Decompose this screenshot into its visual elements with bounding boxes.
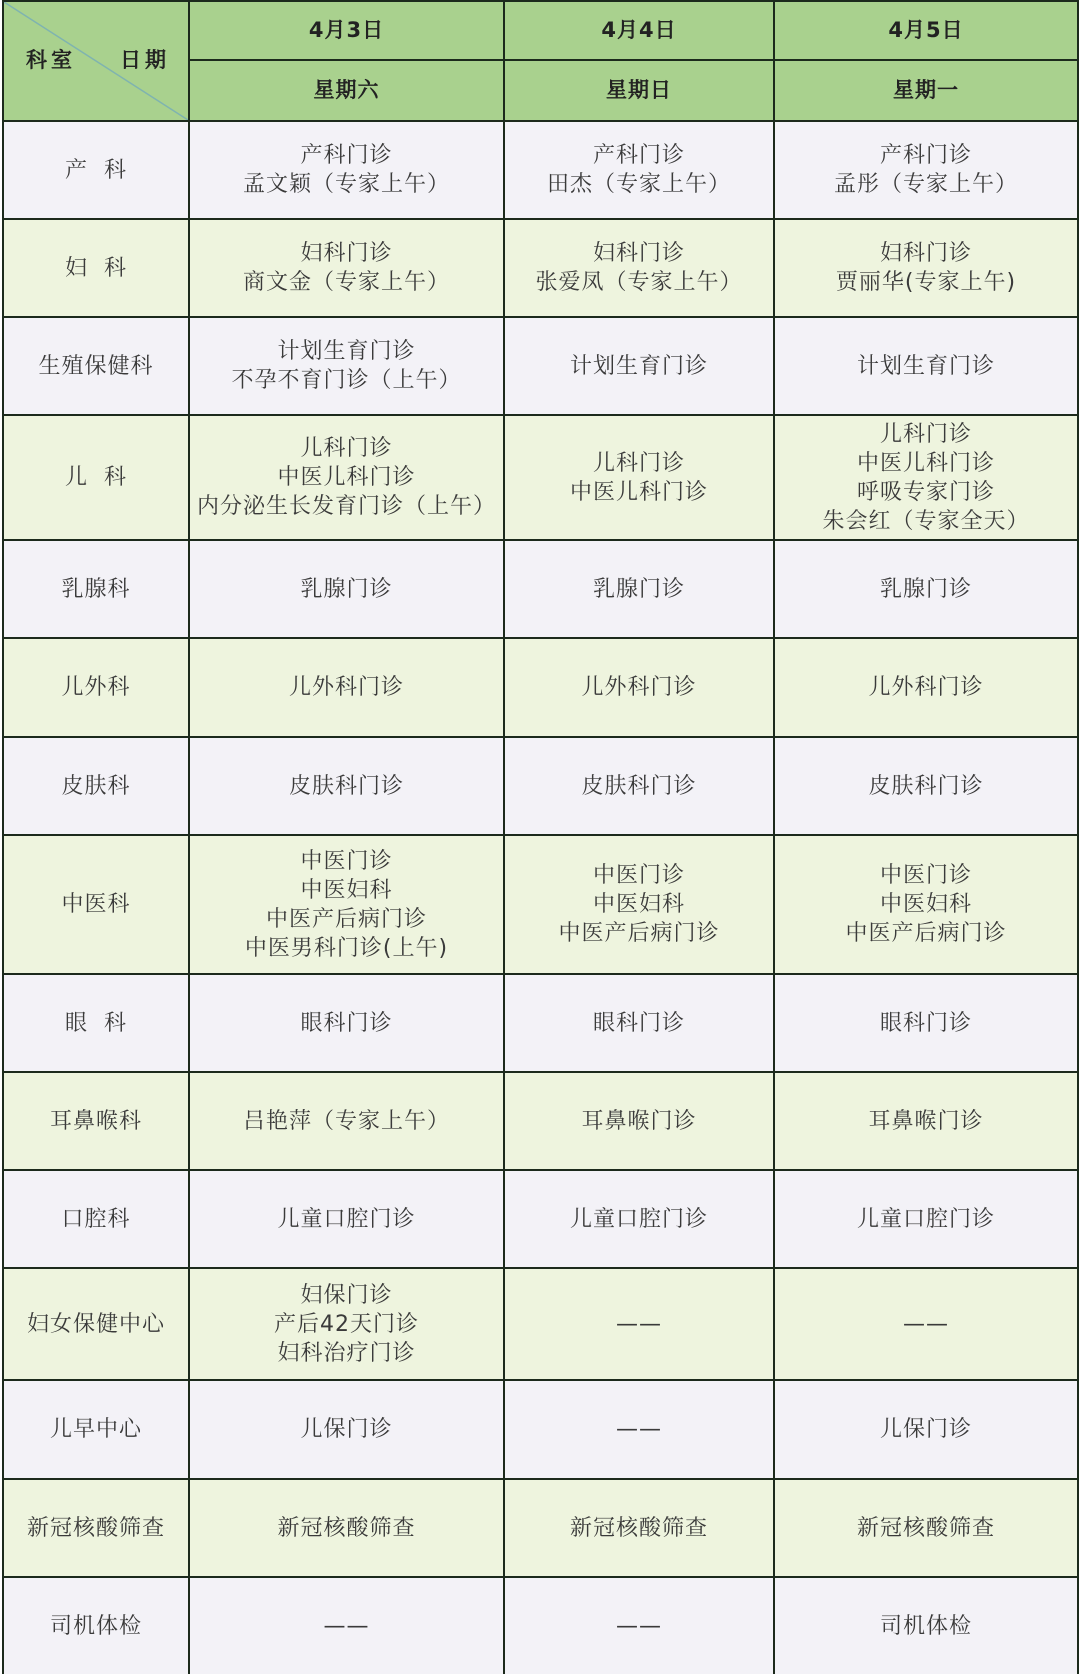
clinic-entry: 计划生育门诊 [190,337,503,366]
clinic-entry: 妇科门诊 [505,239,773,268]
clinic-entry: 吕艳萍（专家上午） [190,1107,503,1136]
clinic-entry: 司机体检 [775,1612,1077,1641]
clinic-entry: 耳鼻喉门诊 [775,1107,1077,1136]
clinic-entry: 儿保门诊 [775,1415,1077,1444]
clinic-entry: 产科门诊 [775,141,1077,170]
schedule-cell: 产科门诊孟彤（专家上午） [774,121,1078,219]
clinic-entry: 中医门诊 [505,861,773,890]
schedule-cell: 眼科门诊 [189,974,504,1072]
clinic-entry: 中医产后病门诊 [505,919,773,948]
schedule-cell: 儿童口腔门诊 [774,1170,1078,1268]
department-name: 妇女保健中心 [3,1268,189,1380]
schedule-cell: 中医门诊中医妇科中医产后病门诊中医男科门诊(上午) [189,835,504,974]
clinic-schedule-table: 科室 日期 4月3日 4月4日 4月5日 星期六 星期日 星期一 产 科产科门诊… [2,0,1079,1674]
schedule-cell: —— [504,1380,774,1479]
schedule-cell: 儿童口腔门诊 [504,1170,774,1268]
schedule-cell: 妇科门诊贾丽华(专家上午) [774,219,1078,317]
clinic-entry: 新冠核酸筛查 [190,1514,503,1543]
clinic-entry: 儿保门诊 [190,1415,503,1444]
schedule-cell: 妇科门诊商文金（专家上午） [189,219,504,317]
clinic-entry: 中医妇科 [505,890,773,919]
clinic-entry: 耳鼻喉门诊 [505,1107,773,1136]
schedule-cell: 眼科门诊 [774,974,1078,1072]
schedule-cell: —— [774,1268,1078,1380]
department-name: 新冠核酸筛查 [3,1479,189,1577]
schedule-cell: 新冠核酸筛查 [504,1479,774,1577]
department-name: 生殖保健科 [3,317,189,415]
clinic-entry: 儿外科门诊 [505,673,773,702]
corner-header-cell: 科室 日期 [3,1,189,121]
department-name: 眼 科 [3,974,189,1072]
table-row: 妇 科妇科门诊商文金（专家上午）妇科门诊张爱凤（专家上午）妇科门诊贾丽华(专家上… [3,219,1078,317]
table-row: 口腔科儿童口腔门诊儿童口腔门诊儿童口腔门诊 [3,1170,1078,1268]
clinic-entry: 田杰（专家上午） [505,170,773,199]
clinic-entry: —— [775,1310,1077,1339]
clinic-entry: 乳腺门诊 [505,575,773,604]
clinic-entry: 中医儿科门诊 [505,478,773,507]
schedule-cell: 儿外科门诊 [774,638,1078,737]
clinic-entry: 中医产后病门诊 [775,919,1077,948]
schedule-cell: 中医门诊中医妇科中医产后病门诊 [504,835,774,974]
clinic-entry: 产科门诊 [190,141,503,170]
weekday-header-1: 星期日 [504,60,774,121]
weekday-header-2: 星期一 [774,60,1078,121]
clinic-entry: 计划生育门诊 [505,352,773,381]
clinic-entry: 儿童口腔门诊 [190,1205,503,1234]
clinic-entry: —— [505,1612,773,1641]
clinic-entry: 儿童口腔门诊 [775,1205,1077,1234]
schedule-cell: 儿保门诊 [774,1380,1078,1479]
clinic-entry: 儿外科门诊 [775,673,1077,702]
clinic-entry: 中医门诊 [190,847,503,876]
clinic-entry: —— [505,1415,773,1444]
schedule-cell: —— [504,1268,774,1380]
schedule-cell: 新冠核酸筛查 [189,1479,504,1577]
clinic-entry: 妇科门诊 [190,239,503,268]
schedule-cell: 计划生育门诊不孕不育门诊（上午） [189,317,504,415]
schedule-cell: 儿科门诊中医儿科门诊呼吸专家门诊朱会红（专家全天） [774,415,1078,540]
schedule-cell: 乳腺门诊 [774,540,1078,638]
schedule-cell: 皮肤科门诊 [504,737,774,835]
clinic-entry: 乳腺门诊 [775,575,1077,604]
clinic-entry: 呼吸专家门诊 [775,478,1077,507]
schedule-cell: 中医门诊中医妇科中医产后病门诊 [774,835,1078,974]
schedule-cell: 计划生育门诊 [504,317,774,415]
table-row: 乳腺科乳腺门诊乳腺门诊乳腺门诊 [3,540,1078,638]
department-name: 司机体检 [3,1577,189,1674]
department-name: 乳腺科 [3,540,189,638]
clinic-entry: 孟彤（专家上午） [775,170,1077,199]
table-row: 新冠核酸筛查新冠核酸筛查新冠核酸筛查新冠核酸筛查 [3,1479,1078,1577]
department-name: 儿 科 [3,415,189,540]
table-row: 产 科产科门诊孟文颖（专家上午）产科门诊田杰（专家上午）产科门诊孟彤（专家上午） [3,121,1078,219]
table-row: 儿 科儿科门诊中医儿科门诊内分泌生长发育门诊（上午）儿科门诊中医儿科门诊儿科门诊… [3,415,1078,540]
schedule-cell: 产科门诊田杰（专家上午） [504,121,774,219]
table-row: 妇女保健中心妇保门诊产后42天门诊妇科治疗门诊———— [3,1268,1078,1380]
clinic-entry: 新冠核酸筛查 [775,1514,1077,1543]
clinic-entry: 皮肤科门诊 [505,772,773,801]
clinic-entry: 儿科门诊 [505,449,773,478]
date-header-2: 4月5日 [774,1,1078,60]
department-name: 中医科 [3,835,189,974]
clinic-entry: 商文金（专家上午） [190,268,503,297]
table-row: 儿早中心儿保门诊——儿保门诊 [3,1380,1078,1479]
department-name: 儿早中心 [3,1380,189,1479]
schedule-cell: 皮肤科门诊 [774,737,1078,835]
header-row-dates: 科室 日期 4月3日 4月4日 4月5日 [3,1,1078,60]
corner-date-label: 日期 [120,46,170,75]
clinic-entry: 皮肤科门诊 [190,772,503,801]
schedule-cell: 儿童口腔门诊 [189,1170,504,1268]
department-name: 儿外科 [3,638,189,737]
weekday-header-0: 星期六 [189,60,504,121]
clinic-entry: —— [505,1310,773,1339]
clinic-entry: 眼科门诊 [775,1009,1077,1038]
schedule-cell: 司机体检 [774,1577,1078,1674]
clinic-entry: 中医门诊 [775,861,1077,890]
clinic-entry: 内分泌生长发育门诊（上午） [190,492,503,521]
table-row: 司机体检————司机体检 [3,1577,1078,1674]
table-row: 中医科中医门诊中医妇科中医产后病门诊中医男科门诊(上午)中医门诊中医妇科中医产后… [3,835,1078,974]
date-header-0: 4月3日 [189,1,504,60]
clinic-entry: 妇保门诊 [190,1281,503,1310]
clinic-entry: 中医儿科门诊 [775,449,1077,478]
clinic-entry: 新冠核酸筛查 [505,1514,773,1543]
schedule-cell: 耳鼻喉门诊 [504,1072,774,1170]
department-name: 口腔科 [3,1170,189,1268]
schedule-cell: 耳鼻喉门诊 [774,1072,1078,1170]
clinic-entry: 中医妇科 [775,890,1077,919]
schedule-cell: 儿外科门诊 [504,638,774,737]
schedule-cell: 儿外科门诊 [189,638,504,737]
department-name: 耳鼻喉科 [3,1072,189,1170]
department-name: 皮肤科 [3,737,189,835]
clinic-entry: 中医男科门诊(上午) [190,934,503,963]
clinic-entry: 儿科门诊 [775,420,1077,449]
clinic-entry: 贾丽华(专家上午) [775,268,1077,297]
schedule-cell: 吕艳萍（专家上午） [189,1072,504,1170]
clinic-entry: 产后42天门诊 [190,1310,503,1339]
schedule-cell: 新冠核酸筛查 [774,1479,1078,1577]
table-row: 皮肤科皮肤科门诊皮肤科门诊皮肤科门诊 [3,737,1078,835]
clinic-entry: 中医产后病门诊 [190,905,503,934]
clinic-entry: 眼科门诊 [190,1009,503,1038]
schedule-cell: 妇科门诊张爱凤（专家上午） [504,219,774,317]
schedule-cell: 计划生育门诊 [774,317,1078,415]
schedule-cell: —— [189,1577,504,1674]
table-row: 耳鼻喉科吕艳萍（专家上午）耳鼻喉门诊耳鼻喉门诊 [3,1072,1078,1170]
clinic-entry: 皮肤科门诊 [775,772,1077,801]
clinic-entry: —— [190,1612,503,1641]
schedule-cell: 乳腺门诊 [189,540,504,638]
schedule-cell: 儿科门诊中医儿科门诊内分泌生长发育门诊（上午） [189,415,504,540]
schedule-cell: 乳腺门诊 [504,540,774,638]
schedule-cell: 眼科门诊 [504,974,774,1072]
clinic-entry: 计划生育门诊 [775,352,1077,381]
clinic-entry: 妇科门诊 [775,239,1077,268]
schedule-body: 产 科产科门诊孟文颖（专家上午）产科门诊田杰（专家上午）产科门诊孟彤（专家上午）… [3,121,1078,1674]
date-header-1: 4月4日 [504,1,774,60]
clinic-entry: 中医儿科门诊 [190,463,503,492]
clinic-entry: 妇科治疗门诊 [190,1339,503,1368]
clinic-entry: 中医妇科 [190,876,503,905]
clinic-entry: 张爱凤（专家上午） [505,268,773,297]
clinic-entry: 儿外科门诊 [190,673,503,702]
clinic-entry: 儿科门诊 [190,434,503,463]
schedule-cell: —— [504,1577,774,1674]
clinic-entry: 乳腺门诊 [190,575,503,604]
clinic-entry: 孟文颖（专家上午） [190,170,503,199]
department-name: 妇 科 [3,219,189,317]
department-name: 产 科 [3,121,189,219]
table-row: 儿外科儿外科门诊儿外科门诊儿外科门诊 [3,638,1078,737]
schedule-cell: 儿科门诊中医儿科门诊 [504,415,774,540]
schedule-cell: 皮肤科门诊 [189,737,504,835]
clinic-entry: 眼科门诊 [505,1009,773,1038]
clinic-entry: 儿童口腔门诊 [505,1205,773,1234]
clinic-entry: 产科门诊 [505,141,773,170]
schedule-cell: 产科门诊孟文颖（专家上午） [189,121,504,219]
table-row: 生殖保健科计划生育门诊不孕不育门诊（上午）计划生育门诊计划生育门诊 [3,317,1078,415]
clinic-entry: 朱会红（专家全天） [775,507,1077,536]
corner-dept-label: 科室 [26,46,76,75]
clinic-entry: 不孕不育门诊（上午） [190,366,503,395]
table-row: 眼 科眼科门诊眼科门诊眼科门诊 [3,974,1078,1072]
schedule-cell: 妇保门诊产后42天门诊妇科治疗门诊 [189,1268,504,1380]
schedule-cell: 儿保门诊 [189,1380,504,1479]
